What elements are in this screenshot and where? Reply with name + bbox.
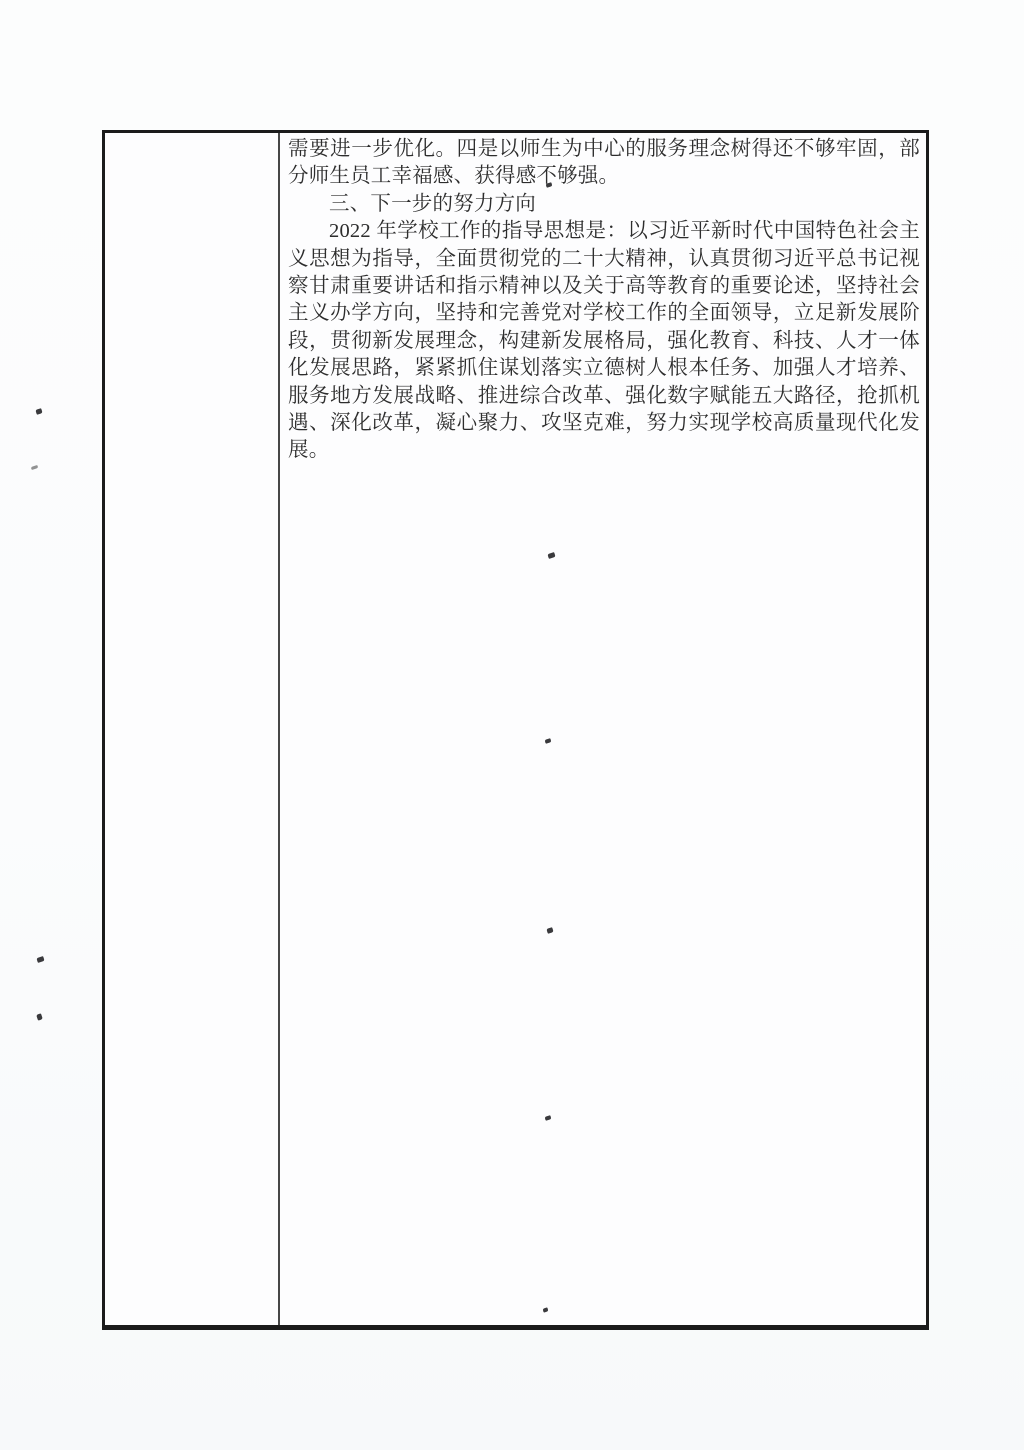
section-heading: 三、下一步的努力方向 — [288, 191, 920, 218]
scan-speck — [31, 465, 39, 470]
scan-speck — [36, 1013, 43, 1020]
table-content-cell: 需要进一步优化。四是以师生为中心的服务理念树得还不够牢固，部分师生员工幸福感、获… — [280, 133, 926, 1325]
paragraph-continuation: 需要进一步优化。四是以师生为中心的服务理念树得还不够牢固，部分师生员工幸福感、获… — [288, 136, 920, 191]
scan-speck — [35, 408, 42, 415]
paragraph-body: 2022 年学校工作的指导思想是：以习近平新时代中国特色社会主义思想为指导，全面… — [288, 218, 920, 465]
table-left-column — [105, 133, 280, 1325]
scanned-page: 需要进一步优化。四是以师生为中心的服务理念树得还不够牢固，部分师生员工幸福感、获… — [0, 0, 1024, 1450]
scan-speck — [36, 956, 44, 963]
report-table: 需要进一步优化。四是以师生为中心的服务理念树得还不够牢固，部分师生员工幸福感、获… — [102, 130, 929, 1330]
